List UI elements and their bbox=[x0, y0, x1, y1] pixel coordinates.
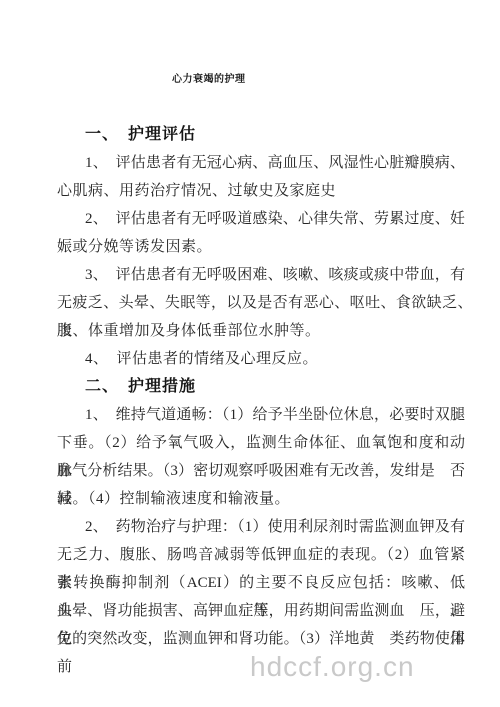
text-line: 1、 评估患者有无冠心病、高血压、风湿性心脏瓣膜病、 bbox=[57, 149, 465, 177]
section-heading: 二、 护理措施 bbox=[57, 373, 465, 401]
text-line: 3、 评估患者有无呼吸困难、咳嗽、咳痰或痰中带血，有 bbox=[57, 261, 465, 289]
text-line: 位的突然改变，监测血钾和肾功能。（3）洋地黄 类药物使用前 bbox=[57, 625, 465, 653]
text-line: 4、 评估患者的情绪及心理反应。 bbox=[57, 345, 465, 373]
text-line: 心肌病、用药治疗情况、过敏史及家庭史 bbox=[57, 177, 465, 205]
text-line: 2、 评估患者有无呼吸道感染、心律失常、劳累过度、妊 bbox=[57, 205, 465, 233]
text-line: 无乏力、腹胀、肠鸣音减弱等低钾血症的表现。（2）血管紧 张 bbox=[57, 541, 465, 569]
text-line: 无疲乏、头晕、失眠等，以及是否有恶心、呕吐、食欲缺乏、 腹 bbox=[57, 289, 465, 317]
text-line: 头晕、肾功能损害、高钾血症等，用药期间需监测血 压，避免体 bbox=[57, 597, 465, 625]
section-heading: 一、 护理评估 bbox=[57, 121, 465, 149]
text-line: 胀、体重增加及身体低垂部位水肿等。 bbox=[57, 317, 465, 345]
watermark-text: hdccf.org.cn bbox=[250, 651, 415, 683]
text-line: 娠或分娩等诱发因素。 bbox=[57, 233, 465, 261]
text-line: 血气分析结果。（3）密切观察呼吸困难有无改善，发绀是 否减 bbox=[57, 457, 465, 485]
text-line: 素转换酶抑制剂（ACEI）的主要不良反应包括：咳嗽、低 血压、 bbox=[57, 569, 465, 597]
text-line: 1、 维持气道通畅：（1）给予半坐卧位休息，必要时双腿 bbox=[57, 401, 465, 429]
document-page: 心力衰竭的护理 一、 护理评估1、 评估患者有无冠心病、高血压、风湿性心脏瓣膜病… bbox=[0, 0, 500, 707]
text-line: 下垂。（2）给予氧气吸入，监测生命体征、血氧饱和度和动 脉 bbox=[57, 429, 465, 457]
document-body: 一、 护理评估1、 评估患者有无冠心病、高血压、风湿性心脏瓣膜病、心肌病、用药治… bbox=[57, 121, 465, 653]
text-line: 2、 药物治疗与护理：（1）使用利尿剂时需监测血钾及有 bbox=[57, 513, 465, 541]
text-line: 轻。（4）控制输液速度和输液量。 bbox=[57, 485, 465, 513]
document-title: 心力衰竭的护理 bbox=[172, 70, 246, 85]
